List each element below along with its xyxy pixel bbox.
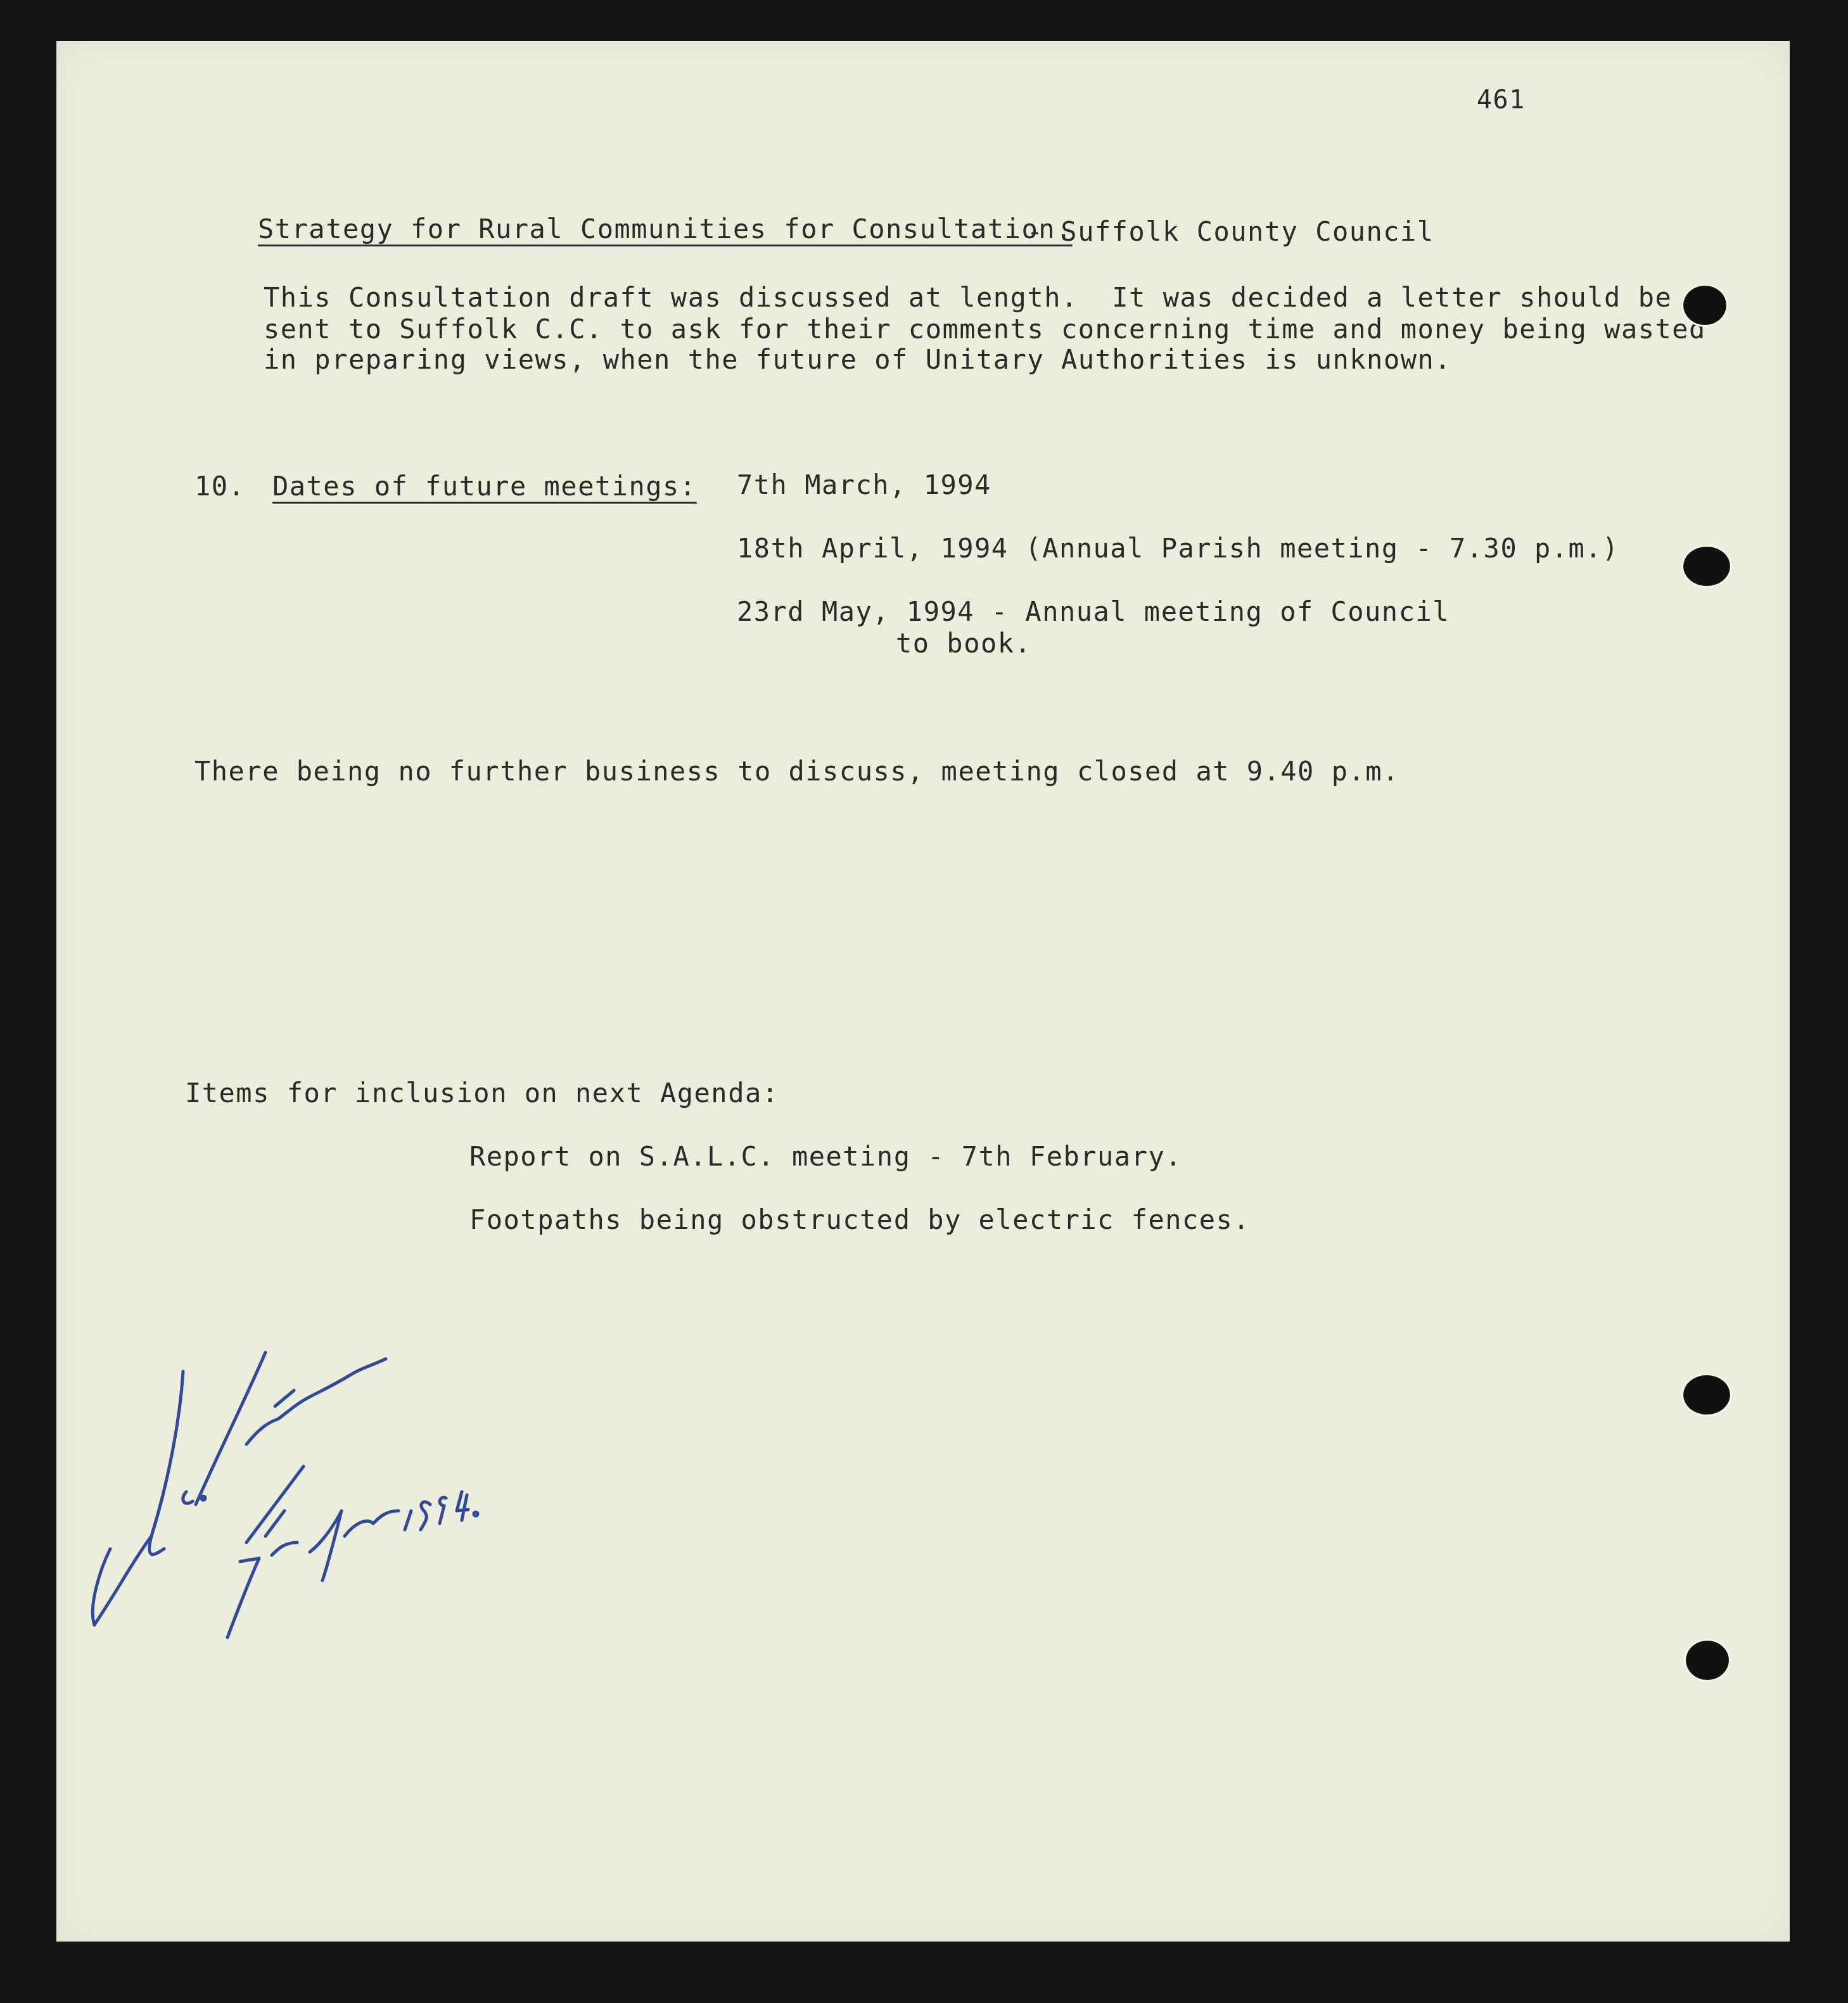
- document-page: 461 Strategy for Rural Communities for C…: [56, 41, 1790, 1942]
- handwritten-signature: [56, 41, 1790, 1942]
